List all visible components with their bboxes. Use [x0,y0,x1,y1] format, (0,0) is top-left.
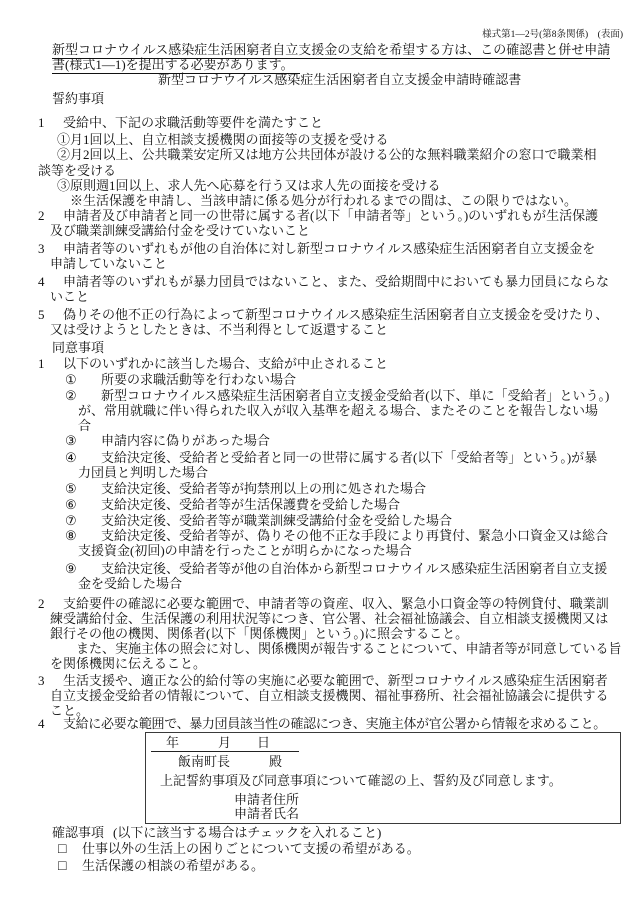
consent-1-sub-8: ⑧支給決定後、受給者等が、偽りその他不正な手段により再貸付、緊急小口資金又は総合 [65,528,608,543]
confirmation-heading-number: 確認事項 [52,825,113,840]
consent-item-2-cont3: また、実施主体の照会に対し、関係機関が報告することについて、申請者等が同意してい… [76,641,621,656]
pledge-item-3-number: 3 [38,241,63,256]
consent-item-3-cont1: 自立支援金受給者の情報について、自立相談支援機関、福祉事務所、社会福祉協議会に提… [50,688,608,703]
consent-1-sub-3-number: ③ [65,433,101,448]
date-fill-in-line[interactable]: 年 月 日 [151,735,299,752]
consent-item-2-number: 2 [38,596,63,611]
pledge-item-2-number: 2 [38,208,63,223]
document-page: 様式第1―2号(第8条関係) (表面)新型コロナウイルス感染症生活困窮者自立支援… [0,0,630,903]
confirmation-item-1: □仕事以外の生活上の困りごとについて支援の希望がある。 [58,841,420,857]
consent-1-sub-7: ⑦支給決定後、受給者等が職業訓練受講給付金を受給した場合 [65,513,452,528]
pledge-item-1-note: ※生活保護を申請し、当該申請に係る処分が行われるまでの間は、この限りではない。 [70,193,577,208]
consent-1-sub-9-number: ⑨ [65,561,101,576]
consent-1-sub-5-number: ⑤ [65,481,101,496]
consent-1-sub-2-number: ② [65,388,101,403]
consent-section-heading: 同意事項 [52,340,104,355]
consent-1-sub-9-cont: 金を受給した場合 [78,576,182,591]
consent-item-2: 2支給要件の確認に必要な範囲で、申請者等の資産、収入、緊急小口資金等の特例貸付、… [38,596,609,611]
consent-item-1: 1以下のいずれかに該当した場合、支給が中止されること [38,356,388,371]
consent-1-sub-7-number: ⑦ [65,513,101,528]
consent-1-sub-1: ①所要の求職活動等を行わない場合 [65,372,296,387]
pledge-item-1-req-2: ②月2回以上、公共職業安定所又は地方公共団体が設ける公的な無料職業紹介の窓口で職… [57,147,597,162]
pledge-item-4-number: 4 [38,274,63,289]
pledge-item-1-req-3: ③原則週1回以上、求人先へ応募を行う又は求人先の面接を受ける [57,178,441,193]
consent-item-4-number: 4 [38,716,63,731]
consent-item-3-number: 3 [38,673,63,688]
consent-1-sub-4-cont: 力団員と判明した場合 [78,465,208,480]
pledge-section-heading: 誓約事項 [52,91,104,106]
pledge-item-5: 5偽りその他不正の行為によって新型コロナウイルス感染症生活困窮者自立支援金を受け… [38,307,608,322]
pledge-item-4-cont: いこと [50,289,89,304]
pledge-item-3-cont: 申請していないこと [50,256,167,271]
pledge-item-1: 1受給中、下記の求職活動等要件を満たすこと [38,115,323,130]
applicant-name-label: 申請者氏名 [234,806,299,821]
agreement-statement: 上記誓約事項及び同意事項について確認の上、誓約及び同意します。 [160,773,562,788]
confirmation-item-2: □生活保護の相談の希望がある。 [58,858,264,874]
pledge-item-5-cont: 又は受けようとしたときは、不当利得として返還すること [50,322,388,337]
consent-1-sub-3: ③申請内容に偽りがあった場合 [65,433,270,448]
pledge-item-1-number: 1 [38,115,63,130]
consent-1-sub-1-number: ① [65,372,101,387]
pledge-item-1-req-2-cont: 談等を受ける [38,163,116,178]
checkbox-1[interactable]: □ [58,843,82,857]
consent-item-2-cont2: 銀行その他の機関、関係者(以下「関係機関」という。)に照会すること。 [50,626,468,641]
consent-1-sub-2-cont2: 合 [78,418,91,433]
pledge-item-4: 4申請者等のいずれもが暴力団員ではないこと、また、受給期間中においても暴力団員に… [38,274,609,289]
confirmation-heading: 確認事項(以下に該当する場合はチェックを入れること) [52,825,381,840]
consent-1-sub-8-cont: 支援資金(初回)の申請を行ったことが明らかになった場合 [78,543,412,558]
consent-1-sub-4-number: ④ [65,450,101,465]
consent-item-4: 4支給に必要な範囲で、暴力団員該当性の確認につき、実施主体が官公署から情報を求め… [38,716,606,731]
consent-1-sub-4: ④支給決定後、受給者と受給者と同一の世帯に属する者(以下「受給者等」という。)が… [65,450,597,465]
consent-1-sub-8-number: ⑧ [65,528,101,543]
consent-item-1-number: 1 [38,356,63,371]
pledge-item-3: 3申請者等のいずれもが他の自治体に対し新型コロナウイルス感染症生活困窮者自立支援… [38,241,595,256]
applicant-address-label: 申請者住所 [234,792,299,807]
consent-item-3: 3生活支援や、適正な公的給付等の実施に必要な範囲で、新型コロナウイルス感染症生活… [38,673,608,688]
checkbox-2[interactable]: □ [58,860,82,874]
consent-item-2-cont4: を関係機関に伝えること。 [50,656,206,671]
pledge-item-5-number: 5 [38,307,63,322]
consent-1-sub-9: ⑨支給決定後、受給者等が他の自治体から新型コロナウイルス感染症生活困窮者自立支援 [65,561,607,576]
consent-item-2-cont1: 練受講給付金、生活保護の利用状況等につき、官公署、社会福祉協議会、自立相談支援機… [50,611,608,626]
pledge-item-2-cont: 及び職業訓練受講給付金を受けていないこと [50,223,310,238]
consent-1-sub-2-cont1: が、常用就職に伴い得られた収入が収入基準を超える場合、またそのことを報告しない場 [78,403,598,418]
pledge-item-2: 2申請者及び申請者と同一の世帯に属する者(以下「申請者等」という。)のいずれもが… [38,208,598,223]
consent-1-sub-6-number: ⑥ [65,497,101,512]
confirmation-item-1-label: 仕事以外の生活上の困りごとについて支援の希望がある。 [82,841,420,856]
form-number: 様式第1―2号(第8条関係) (表面) [482,28,623,43]
document-title: 新型コロナウイルス感染症生活困窮者自立支援金申請時確認書 [158,72,521,87]
pledge-item-1-req-1: ①月1回以上、自立相談支援機関の面接等の支援を受ける [57,132,389,147]
consent-1-sub-5: ⑤支給決定後、受給者等が拘禁刑以上の刑に処された場合 [65,481,426,496]
consent-1-sub-6: ⑥支給決定後、受給者等が生活保護費を受給した場合 [65,497,400,512]
signature-box: 年 月 日 飯南町長 殿 上記誓約事項及び同意事項について確認の上、誓約及び同意… [145,732,621,824]
consent-1-sub-2: ②新型コロナウイルス感染症生活困窮者自立支援金受給者(以下、単に「受給者」という… [65,388,609,403]
confirmation-item-2-label: 生活保護の相談の希望がある。 [82,858,264,873]
addressee-line: 飯南町長 殿 [178,754,282,769]
